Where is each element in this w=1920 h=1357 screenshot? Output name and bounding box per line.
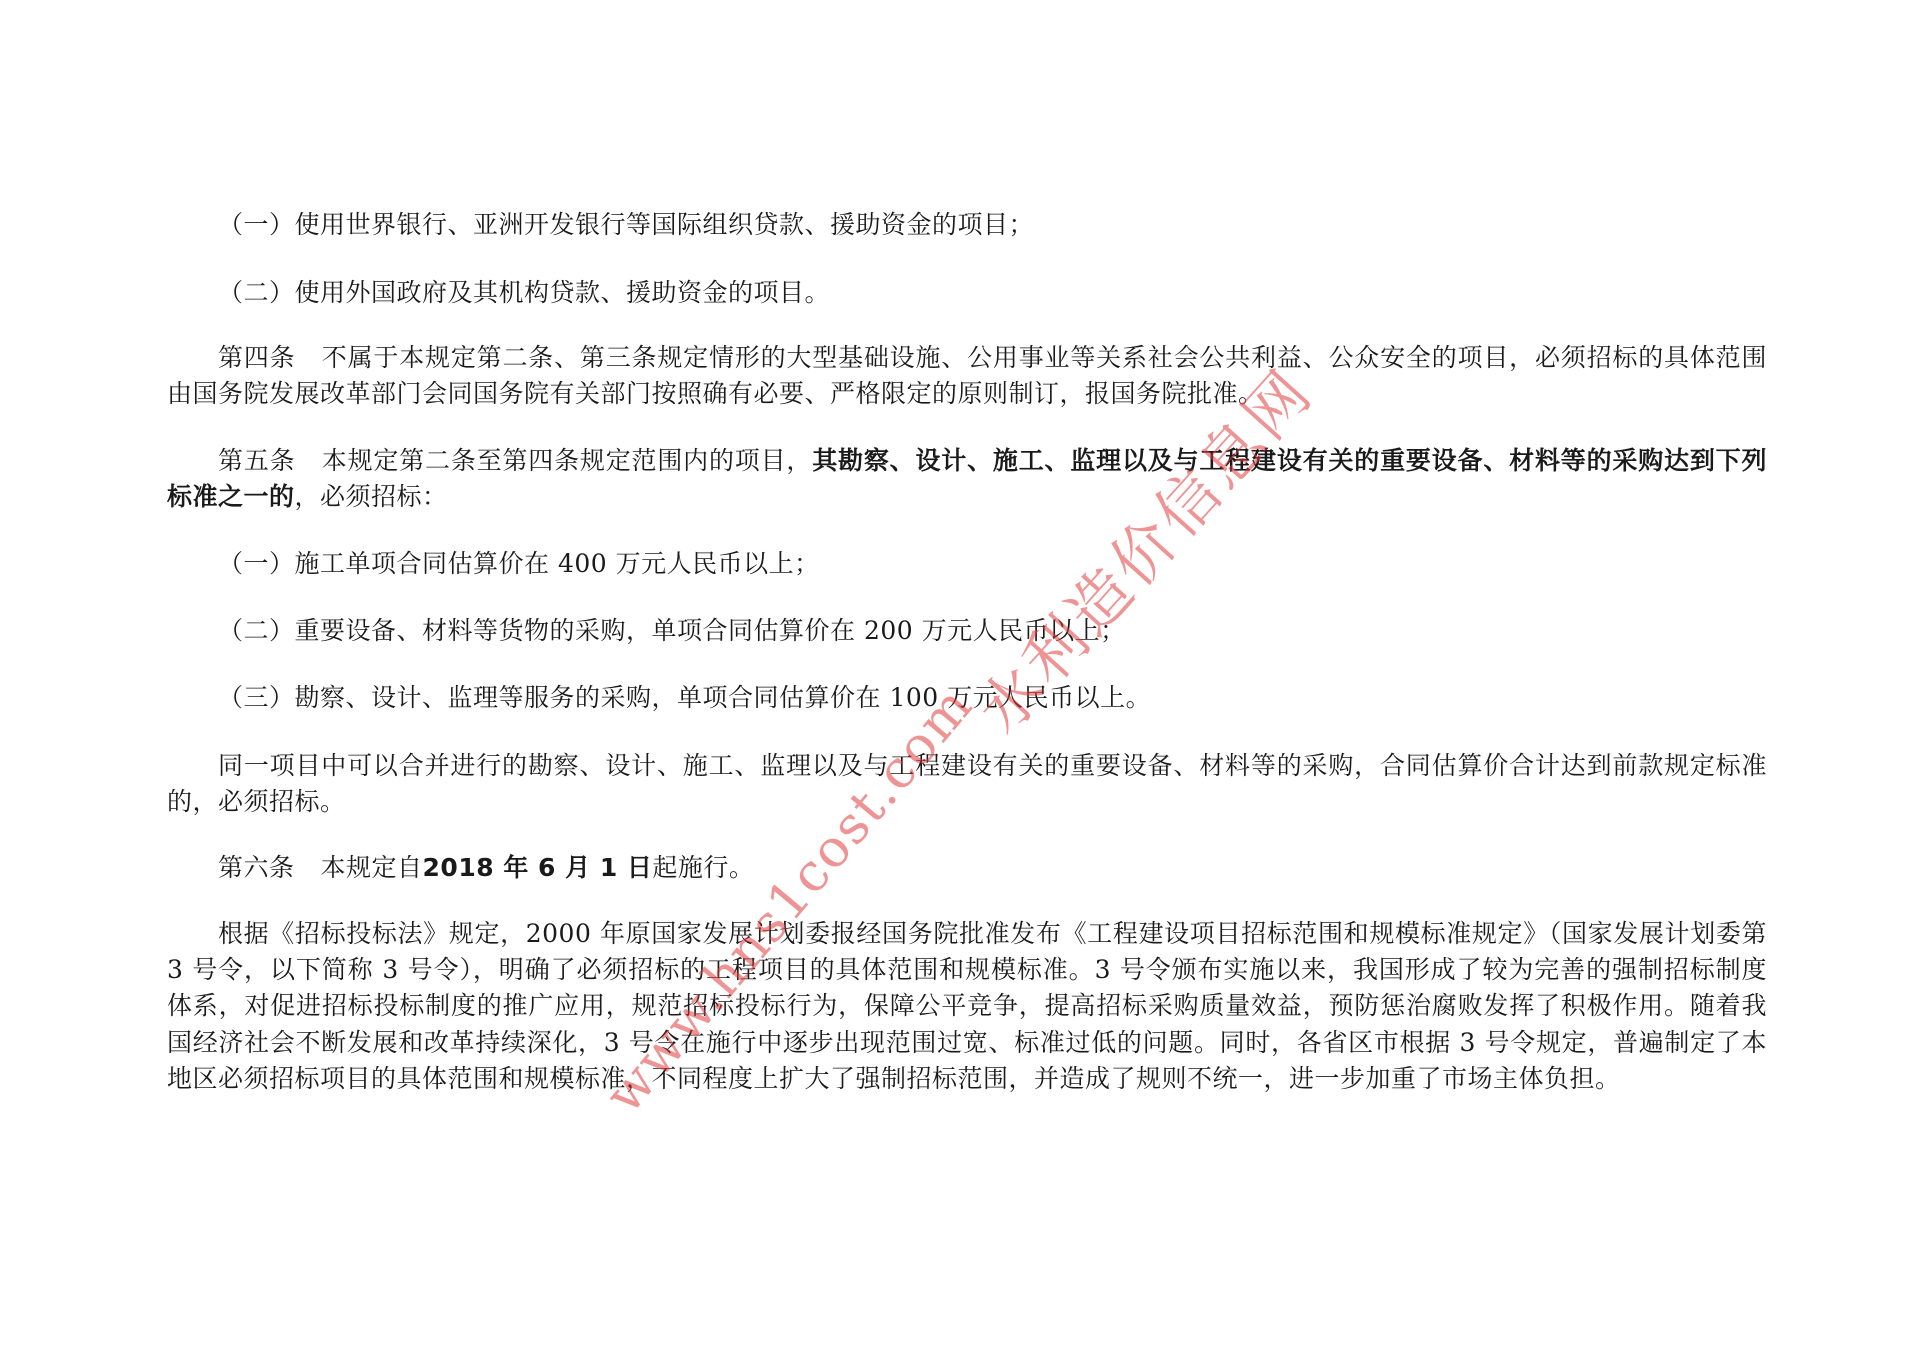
list-item-a1: （一）使用世界银行、亚洲开发银行等国际组织贷款、援助资金的项目； [218, 207, 1034, 243]
list-item-b2: （二）重要设备、材料等货物的采购，单项合同估算价在 200 万元人民币以上； [218, 613, 1126, 649]
combined-procurement-paragraph: 同一项目中可以合并进行的勘察、设计、施工、监理以及与工程建设有关的重要设备、材料… [167, 748, 1767, 820]
article-5-text: 本规定第二条至第四条规定范围内的项目， [321, 446, 812, 475]
article-6-text: 本规定自 [321, 853, 423, 882]
article-6-tail: 起施行。 [652, 853, 754, 882]
article-5: 第五条本规定第二条至第四条规定范围内的项目，其勘察、设计、施工、监理以及与工程建… [167, 443, 1767, 515]
article-6-label: 第六条 [218, 853, 295, 882]
article-5-label: 第五条 [218, 446, 295, 475]
article-4: 第四条不属于本规定第二条、第三条规定情形的大型基础设施、公用事业等关系社会公共利… [167, 340, 1767, 412]
article-4-label: 第四条 [218, 343, 295, 372]
article-6-date: 2018 年 6 月 1 日 [423, 853, 653, 882]
article-6: 第六条本规定自2018 年 6 月 1 日起施行。 [218, 850, 754, 886]
background-paragraph: 根据《招标投标法》规定，2000 年原国家发展计划委报经国务院批准发布《工程建设… [167, 916, 1767, 1097]
article-5-tail: ，必须招标： [295, 482, 448, 511]
list-item-b3: （三）勘察、设计、监理等服务的采购，单项合同估算价在 100 万元人民币以上。 [218, 680, 1151, 716]
list-item-b1: （一）施工单项合同估算价在 400 万元人民币以上； [218, 546, 820, 582]
document-page: （一）使用世界银行、亚洲开发银行等国际组织贷款、援助资金的项目； （二）使用外国… [0, 0, 1920, 1357]
list-item-a2: （二）使用外国政府及其机构贷款、援助资金的项目。 [218, 275, 830, 311]
article-4-text: 不属于本规定第二条、第三条规定情形的大型基础设施、公用事业等关系社会公共利益、公… [167, 343, 1767, 408]
